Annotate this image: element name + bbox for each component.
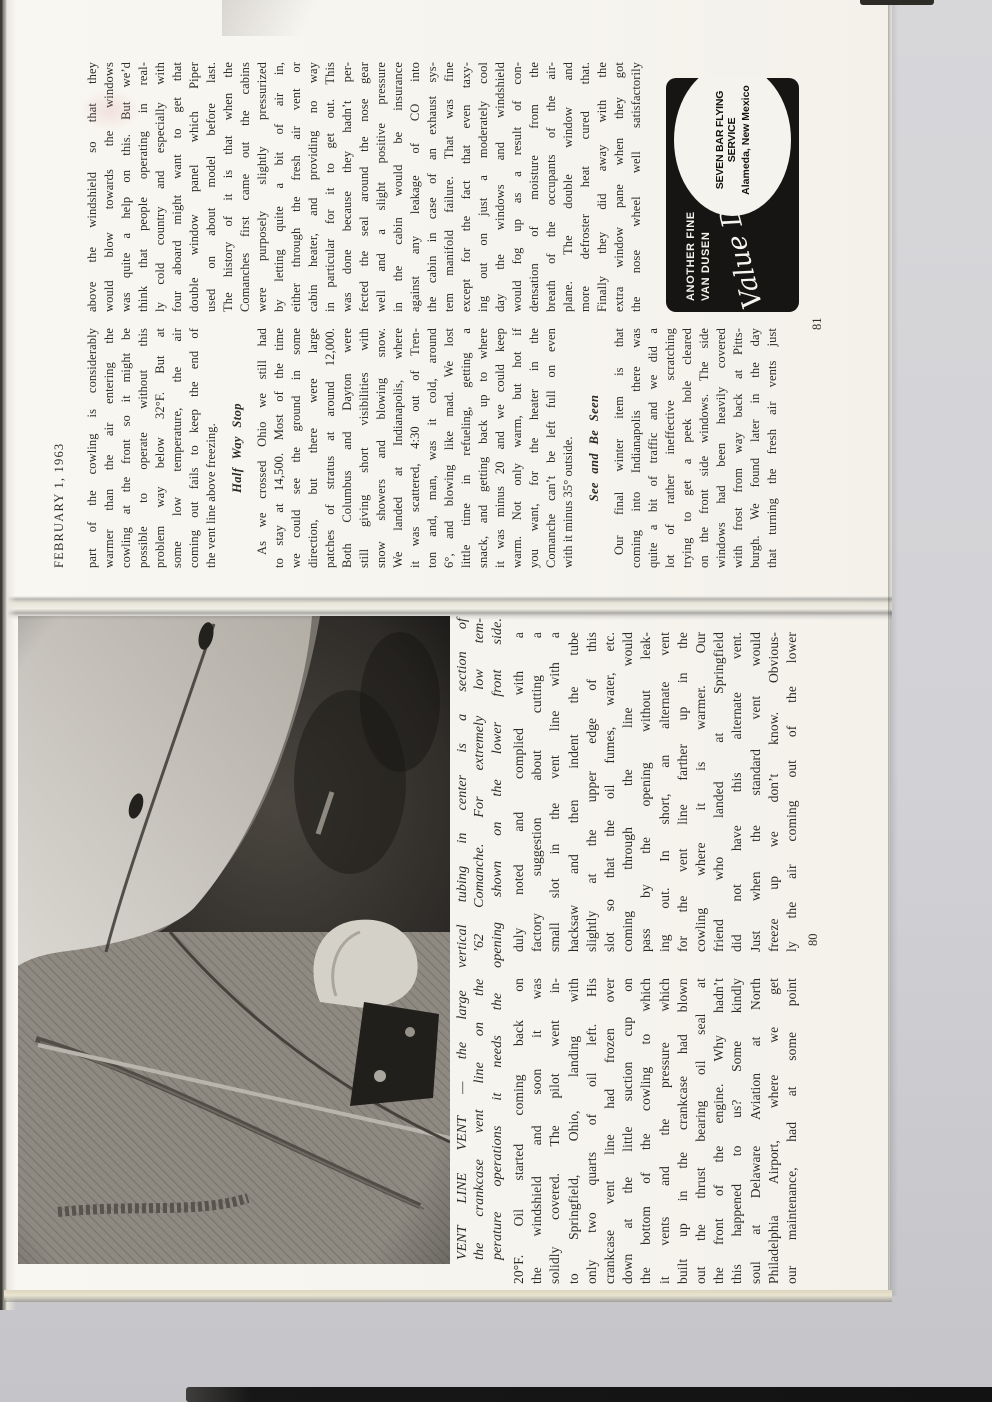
page80-right-column: duly noted and complied with afactory su…: [510, 632, 801, 952]
text-line: VENT LINE VENT — the large vertical tubi…: [454, 618, 471, 1260]
page-81: FEBRUARY 1, 1963 part of the cowling is …: [6, 0, 892, 608]
text-line: problem way below 32°F. But at: [152, 328, 169, 568]
page-bottom-edge: [4, 1290, 892, 1302]
text-line: densation of moisture from the: [526, 62, 543, 312]
text-line: possible to operate without this: [135, 328, 152, 568]
text-line: used on about model before last.: [203, 62, 220, 312]
text-line: the bottom of the cowling to which: [637, 978, 655, 1284]
text-line: crankcase vent line had frozen over: [601, 978, 619, 1284]
text-line: it vents and the pressure which: [656, 978, 674, 1284]
text-line: cowling where it is warmer. Our: [692, 632, 710, 952]
text-line: coming into Indianapolis there was: [628, 328, 645, 568]
text-line: the cabin in case of an exhaust sys-: [424, 62, 441, 312]
text-line: Our final winter item is that: [611, 328, 628, 568]
text-line: to stay at 14,500. Most of the time: [271, 328, 288, 568]
text-line: As we crossed Ohio we still had: [254, 328, 271, 568]
text-line: either through the fresh air vent or: [288, 62, 305, 312]
text-line: warmer than the air entering the: [101, 328, 118, 568]
ink-smudge: [78, 88, 142, 132]
text-line: slot so that the oil fumes, water, etc.: [601, 632, 619, 952]
text-line: was done because they hadn’t per-: [339, 62, 356, 312]
text-line: except for the fact that even taxy-: [458, 62, 475, 312]
text-line: ton and, man, was it cold, around: [424, 328, 441, 568]
page-corner-shade: [222, 0, 362, 36]
text-line: coming out fails to keep the end of: [186, 328, 203, 568]
text-line: pass by the opening without leak-: [637, 632, 655, 952]
page-80: VENT LINE VENT — the large vertical tubi…: [6, 610, 890, 1294]
page81-left-column: part of the cowling is considerablywarme…: [84, 328, 781, 568]
text-line: fected the seal around the nose gear: [356, 62, 373, 312]
photo-caption: VENT LINE VENT — the large vertical tubi…: [454, 618, 506, 1260]
text-line: factory suggestion about cutting a: [528, 632, 546, 952]
page80-left-column: 20°F. Oil started coming back onthe wind…: [510, 978, 801, 1284]
ad-header-text: ANOTHER FINE VAN DUSEN: [684, 211, 714, 301]
text-line: Comanches first came out the cabins: [237, 62, 254, 312]
text-line: little time in refueling, getting a: [458, 328, 475, 568]
text-line: friend who landed at Springfield: [710, 632, 728, 952]
text-line: Both Columbus and Dayton were: [339, 328, 356, 568]
ad-dealer-name: SEVEN BAR FLYING SERVICE: [714, 78, 738, 204]
text-line: it was minus 20 and we could keep: [492, 328, 509, 568]
text-line: were purposely slightly pressurized: [254, 62, 271, 312]
text-line: you want, for the heater in the: [526, 328, 543, 568]
text-line: the windshield and soon it was: [528, 978, 546, 1284]
text-line: breath of the occupants of the air-: [543, 62, 560, 312]
text-line: four aboard might want to get that: [169, 62, 186, 312]
text-line: small slot in the vent line with a: [546, 632, 564, 952]
text-line: lot of rather ineffective scratching: [662, 328, 679, 568]
text-line: trying to get a peek hole cleared: [679, 328, 696, 568]
engine-photo-art: [18, 616, 450, 1264]
text-line: part of the cowling is considerably: [84, 328, 101, 568]
ad-line1: ANOTHER FINE: [684, 211, 699, 301]
text-line: soul at Delaware Aviation at North: [747, 978, 765, 1284]
ad-line2: VAN DUSEN: [699, 211, 714, 301]
scan-left-edge: [0, 0, 16, 1310]
text-line: day the windows and windshield: [492, 62, 509, 312]
section-heading: Half Way Stop: [229, 328, 246, 568]
text-line: against any leakage of CO into: [407, 62, 424, 312]
text-line: The history of it is that when the: [220, 62, 237, 312]
section-heading: See and Be Seen: [586, 328, 603, 568]
text-line: well and a slight positive pressure: [373, 62, 390, 312]
page-number-81: 81: [810, 318, 825, 331]
text-line: coming through the line would: [619, 632, 637, 952]
text-line: direction, but there were large: [305, 328, 322, 568]
page-number-80: 80: [806, 934, 821, 947]
text-line: snack, and getting back up to where: [475, 328, 492, 568]
text-line: to Springfield, Ohio, landing with: [565, 978, 583, 1284]
text-line: freeze up we don’t know. Obvious-: [765, 632, 783, 952]
issue-date: FEBRUARY 1, 1963: [52, 443, 67, 568]
text-line: ing out. In short, an alternate vent: [656, 632, 674, 952]
text-line: double window panel which Piper: [186, 62, 203, 312]
text-line: Philadelphia Airport, where we get: [765, 978, 783, 1284]
text-line: plane. The double window and: [560, 62, 577, 312]
text-line: more defroster heat cured that.: [577, 62, 594, 312]
text-line: 6°, and blowing like mad. We lost: [441, 328, 458, 568]
text-line: the nose wheel well satisfactorily: [628, 62, 645, 312]
text-line: Finally they did away with the: [594, 62, 611, 312]
text-line: with frost from way back at Pitts-: [730, 328, 747, 568]
van-dusen-dealer-ad: ANOTHER FINE VAN DUSEN Value Dealer SEVE…: [666, 78, 799, 312]
text-line: with it minus 35° outside.: [560, 328, 577, 568]
text-line: warm. Not only warm, but hot if: [509, 328, 526, 568]
text-line: Just when the standard vent would: [747, 632, 765, 952]
text-line: tem manifold failure. That was fine: [441, 62, 458, 312]
text-line: Comanche can’t be left full on even: [543, 328, 560, 568]
text-line: hacksaw and then indent the tube: [565, 632, 583, 952]
text-line: out the thrust bearing oil seal at: [692, 978, 710, 1284]
text-line: in the cabin would be insurance: [390, 62, 407, 312]
text-line: the front of the engine. Why hadn’t: [710, 978, 728, 1284]
text-line: We landed at Indianapolis, where: [390, 328, 407, 568]
text-line: we could see the ground in some: [288, 328, 305, 568]
page-81-region: FEBRUARY 1, 1963 part of the cowling is …: [6, 0, 892, 608]
scan-bottom-shadow: [186, 1387, 992, 1402]
text-line: some low temperature, the air: [169, 328, 186, 568]
text-line: snow showers and blowing snow.: [373, 328, 390, 568]
text-line: ing out on just a moderately cool: [475, 62, 492, 312]
text-line: that turning the fresh air vents just: [764, 328, 781, 568]
text-line: solidly covered. The pilot went in-: [546, 978, 564, 1284]
text-line: patches of stratus at around 12,000.: [322, 328, 339, 568]
text-line: this happened to us? Some kindly: [728, 978, 746, 1284]
text-line: perature operations it needs the opening…: [489, 618, 506, 1260]
text-line: it was scattered, 4:30 out of Tren-: [407, 328, 424, 568]
text-line: down at the little suction cup on: [619, 978, 637, 1284]
scan-top-mark: [860, 0, 934, 5]
text-line: ly cold country and especially with: [152, 62, 169, 312]
text-line: extra window pane when they got: [611, 62, 628, 312]
page-80-region: VENT LINE VENT — the large vertical tubi…: [6, 610, 890, 1294]
scanned-magazine-spread: FEBRUARY 1, 1963 part of the cowling is …: [0, 0, 992, 1402]
text-line: built up in the crankcase had blown: [674, 978, 692, 1284]
text-line: the vent line above freezing.: [203, 328, 220, 568]
ad-ellipse: SEVEN BAR FLYING SERVICE Alameda, New Me…: [674, 78, 791, 216]
text-line: ly the air coming out of the lower: [783, 632, 801, 952]
text-line: the crankcase vent line on the ’62 Coman…: [471, 618, 488, 1260]
text-line: our maintenance, had at some point: [783, 978, 801, 1284]
text-line: duly noted and complied with a: [510, 632, 528, 952]
text-line: cabin heater, and providing no way: [305, 62, 322, 312]
ad-dealer-location: Alameda, New Mexico: [740, 85, 752, 195]
engine-compartment-photo: [18, 616, 450, 1264]
page81-right-column: above the windshield so that theywould b…: [84, 62, 645, 312]
text-line: would fog up as a result of con-: [509, 62, 526, 312]
book-gutter-shadow: [0, 596, 892, 620]
text-line: on the front side windows. The side: [696, 328, 713, 568]
text-line: still giving short visibilities with: [356, 328, 373, 568]
text-line: 20°F. Oil started coming back on: [510, 978, 528, 1284]
text-line: only two quarts of oil left. His: [583, 978, 601, 1284]
text-line: slightly at the upper edge of this: [583, 632, 601, 952]
text-line: cowling at the front so it might be: [118, 328, 135, 568]
page-right-edge: [888, 0, 898, 1296]
text-line: for the vent line farther up in the: [674, 632, 692, 952]
text-line: by letting quite a bit of air in,: [271, 62, 288, 312]
text-line: windows had been heavily covered: [713, 328, 730, 568]
text-line: burgh. We found later in the day: [747, 328, 764, 568]
text-line: did not have this alternate vent.: [728, 632, 746, 952]
text-line: in particular for it to get out. This: [322, 62, 339, 312]
text-line: quite a bit of traffic and we did a: [645, 328, 662, 568]
